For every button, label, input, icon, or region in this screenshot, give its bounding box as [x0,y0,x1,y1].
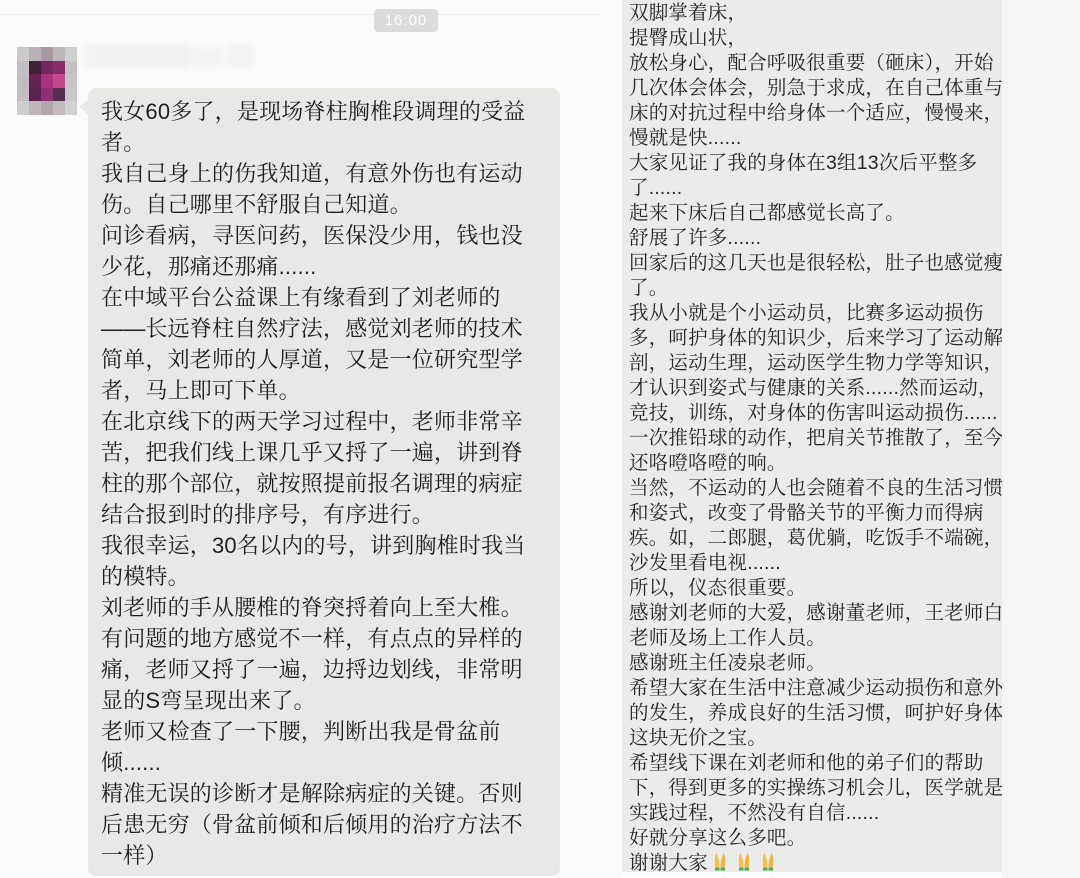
avatar-pixel [41,101,53,115]
message-line: 放松身心，配合呼吸很重要（砸床），开始 [629,51,1002,76]
message-line: 问诊看病，寻医问药，医保没少用，钱也没 [101,220,547,251]
avatar-pixel [17,74,29,88]
avatar-pixel [53,88,65,102]
message-line: 慢就是快...... [629,126,1002,151]
avatar-pixel [53,47,65,61]
right-margin [1002,0,1080,878]
avatar-pixel [65,47,77,61]
message-line: 疾。如，二郎腿，葛优躺，吃饭手不端碗， [629,526,1002,551]
chat-message-bubble[interactable]: 我女60多了，是现场脊柱胸椎段调理的受益者。我自己身上的伤我知道，有意外伤也有运… [88,88,560,876]
message-line: 双脚掌着床， [629,1,1002,26]
message-line: 我很幸运，30名以内的号，讲到胸椎时我当 [101,530,547,561]
message-line: 竞技，训练，对身体的伤害叫运动损伤...... [629,401,1002,426]
avatar-pixel [29,74,41,88]
redacted-username [86,45,190,68]
message-line: 者，马上即可下单。 [101,375,547,406]
avatar-pixel [65,101,77,115]
folded-hands-emoji [733,851,755,873]
message-line: 回家后的这几天也是很轻松，肚子也感觉瘦 [629,251,1002,276]
message-line: 简单，刘老师的人厚道，又是一位研究型学 [101,344,547,375]
message-line: 一次推铅球的动作，把肩关节推散了，至今 [629,426,1002,451]
avatar-pixel [65,74,77,88]
message-line: 谢谢大家 [629,851,1002,876]
message-line: 精准无误的诊断才是解除病症的关键。否则 [101,778,547,809]
message-line: 感谢刘老师的大爱，感谢董老师，王老师白 [629,601,1002,626]
avatar-pixel [65,61,77,75]
avatar-pixel [29,101,41,115]
folded-hands-emoji [709,851,731,873]
message-line: 老师又检查了一下腰，判断出我是骨盆前 [101,716,547,747]
message-line: 我从小就是个小运动员，比赛多运动损伤 [629,301,1002,326]
message-line: 在中域平台公益课上有缘看到了刘老师的 [101,282,547,313]
avatar-pixel [29,88,41,102]
message-line: 者。 [101,127,547,158]
message-line: 这块无价之宝。 [629,726,1002,751]
message-line: 老师及场上工作人员。 [629,626,1002,651]
avatar-pixel [41,47,53,61]
chat-right-pane: 双脚掌着床，提臀成山状，放松身心，配合呼吸很重要（砸床），开始几次体会体会，别急… [622,0,1002,872]
message-line: ——长远脊柱自然疗法，感觉刘老师的技术 [101,313,547,344]
message-line: 实践过程，不然没有自信...... [629,801,1002,826]
bubble-tail [79,99,89,115]
avatar-pixel [53,101,65,115]
message-line: 倾...... [101,747,547,778]
avatar-pixel [53,74,65,88]
top-divider [0,14,600,15]
message-line: 床的对抗过程中给身体一个适应，慢慢来， [629,101,1002,126]
avatar-pixel [17,47,29,61]
message-line: 在北京线下的两天学习过程中，老师非常辛 [101,406,547,437]
message-line: 的模特。 [101,561,547,592]
redacted-username-tag [228,45,254,67]
avatar-pixel [17,61,29,75]
chat-screenshot-canvas: 16:00 我女60多了，是现场脊柱胸椎段调理的受益者。我自己身上的伤我知道，有… [0,0,1080,878]
message-line: 柱的那个部位，就按照提前报名调理的病症 [101,468,547,499]
folded-hands-emoji [757,851,779,873]
message-text: 我女60多了，是现场脊柱胸椎段调理的受益者。我自己身上的伤我知道，有意外伤也有运… [88,88,560,871]
message-line: 多，呵护身体的知识少，后来学习了运动解 [629,326,1002,351]
message-line: 了...... [629,176,1002,201]
message-line: 剖，运动生理，运动医学生物力学等知识， [629,351,1002,376]
message-line: 好就分享这么多吧。 [629,826,1002,851]
message-line: 起来下床后自己都感觉长高了。 [629,201,1002,226]
message-line: 还咯噔咯噔的响。 [629,451,1002,476]
chat-left-pane: 16:00 我女60多了，是现场脊柱胸椎段调理的受益者。我自己身上的伤我知道，有… [0,0,622,878]
message-line: 提臀成山状， [629,26,1002,51]
chat-timestamp: 16:00 [374,9,438,32]
message-line: 一样） [101,840,547,871]
message-line: 显的S弯呈现出来了。 [101,685,547,716]
message-line: 结合报到时的排序号，有序进行。 [101,499,547,530]
message-line: 当然，不运动的人也会随着不良的生活习惯 [629,476,1002,501]
message-line: 痛，老师又捋了一遍，边捋边划线，非常明 [101,654,547,685]
avatar-pixel [41,88,53,102]
message-line: 我女60多了，是现场脊柱胸椎段调理的受益 [101,96,547,127]
avatar-pixel [17,88,29,102]
message-line: 沙发里看电视...... [629,551,1002,576]
avatar-pixel [29,47,41,61]
message-line: 刘老师的手从腰椎的脊突捋着向上至大椎。 [101,592,547,623]
message-line: 后患无穷（骨盆前倾和后倾用的治疗方法不 [101,809,547,840]
redacted-username-blur [192,47,224,67]
avatar-pixel [41,74,53,88]
message-line: 苦，把我们线上课几乎又捋了一遍，讲到脊 [101,437,547,468]
avatar[interactable] [17,47,77,115]
avatar-pixel [29,61,41,75]
message-line: 有问题的地方感觉不一样，有点点的异样的 [101,623,547,654]
message-text-continued: 双脚掌着床，提臀成山状，放松身心，配合呼吸很重要（砸床），开始几次体会体会，别急… [622,0,1002,876]
message-line: 几次体会体会，别急于求成，在自己体重与 [629,76,1002,101]
avatar-pixel [65,88,77,102]
message-line: 的发生，养成良好的生活习惯，呵护好身体 [629,701,1002,726]
message-line: 所以，仪态很重要。 [629,576,1002,601]
message-line: 大家见证了我的身体在3组13次后平整多 [629,151,1002,176]
avatar-pixel [41,61,53,75]
message-line: 才认识到姿式与健康的关系......然而运动， [629,376,1002,401]
message-line: 了。 [629,276,1002,301]
message-line: 感谢班主任凌泉老师。 [629,651,1002,676]
avatar-pixel [17,101,29,115]
avatar-pixel [53,61,65,75]
message-line: 我自己身上的伤我知道，有意外伤也有运动 [101,158,547,189]
message-line: 下，得到更多的实操练习机会儿，医学就是 [629,776,1002,801]
message-line: 希望大家在生活中注意减少运动损伤和意外 [629,676,1002,701]
message-line: 少花，那痛还那痛...... [101,251,547,282]
message-line: 舒展了许多...... [629,226,1002,251]
message-line: 希望线下课在刘老师和他的弟子们的帮助 [629,751,1002,776]
message-line: 伤。自己哪里不舒服自己知道。 [101,189,547,220]
message-line: 和姿式，改变了骨骼关节的平衡力而得病 [629,501,1002,526]
